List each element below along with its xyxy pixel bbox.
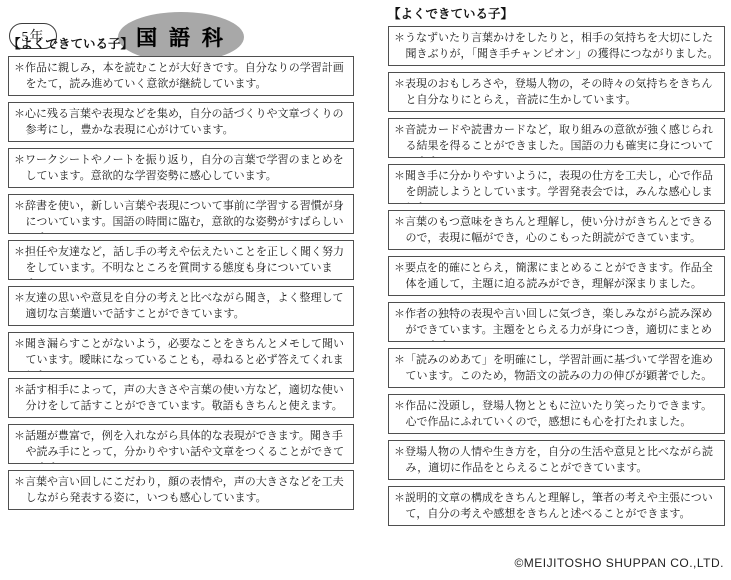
right-column: 【よくできている子】 ＊うなずいたり言葉かけをしたりと，相手の気持ちを大切にした… xyxy=(388,0,725,532)
comment-box: ＊聞き手に分かりやすいように，表現の仕方を工夫し，心で作品を朗読しようとしていま… xyxy=(388,164,725,204)
comment-box: ＊表現のおもしろさや，登場人物の，その時々の気持ちをきちんと自分なりにとらえ，音… xyxy=(388,72,725,112)
comment-box: ＊作品に没頭し，登場人物とともに泣いたり笑ったりできます。心で作品にふれていくの… xyxy=(388,394,725,434)
comment-box: ＊作者の独特の表現や言い回しに気づき，楽しみながら読み深めができています。主題を… xyxy=(388,302,725,342)
right-column-heading: 【よくできている子】 xyxy=(388,4,725,22)
comment-box: ＊「読みのめあて」を明確にし，学習計画に基づいて学習を進めています。このため，物… xyxy=(388,348,725,388)
comment-box: ＊心に残る言葉や表現などを集め，自分の話づくりや文章づくりの参考にし，豊かな表現… xyxy=(8,102,354,142)
comment-box: ＊話す相手によって，声の大きさや言葉の使い方など，適切な使い分けをして話すことが… xyxy=(8,378,354,418)
comment-box: ＊説明的文章の構成をきちんと理解し，筆者の考えや主張について，自分の考えや感想を… xyxy=(388,486,725,526)
copyright-notice: ©MEIJITOSHO SHUPPAN CO.,LTD. xyxy=(514,556,724,570)
comment-box: ＊ワークシートやノートを振り返り，自分の言葉で学習のまとめをしています。意欲的な… xyxy=(8,148,354,188)
comment-box: ＊要点を的確にとらえ，簡潔にまとめることができます。作品全体を通して，主題に迫る… xyxy=(388,256,725,296)
left-column-heading: 【よくできている子】 xyxy=(8,34,133,52)
comment-box: ＊言葉のもつ意味をきちんと理解し，使い分けがきちんとできるので，表現に幅ができ，… xyxy=(388,210,725,250)
document-page: 5年 国 語 科 【よくできている子】 ＊作品に親しみ，本を読むことが大好きです… xyxy=(0,0,731,580)
comment-box: ＊言葉や言い回しにこだわり，顔の表情や，声の大きさなどを工夫しながら発表する姿に… xyxy=(8,470,354,510)
comment-box: ＊作品に親しみ，本を読むことが大好きです。自分なりの学習計画をたて，読み進めてい… xyxy=(8,56,354,96)
left-header-space: 【よくできている子】 xyxy=(8,0,354,56)
comment-box: ＊うなずいたり言葉かけをしたりと，相手の気持ちを大切にした聞きぶりが，「聞き手チ… xyxy=(388,26,725,66)
comment-box: ＊登場人物の人情や生き方を，自分の生活や意見と比べながら読み，適切に作品をとらえ… xyxy=(388,440,725,480)
comment-box: ＊担任や友達など，話し手の考えや伝えたいことを正しく聞く努力をしています。不明な… xyxy=(8,240,354,280)
comment-box: ＊辞書を使い，新しい言葉や表現について事前に学習する習慣が身についています。国語… xyxy=(8,194,354,234)
left-column: 【よくできている子】 ＊作品に親しみ，本を読むことが大好きです。自分なりの学習計… xyxy=(8,0,354,516)
comment-box: ＊聞き漏らすことがないよう，必要なことをきちんとメモして聞いています。曖昧になっ… xyxy=(8,332,354,372)
comment-box: ＊話題が豊富で，例を入れながら具体的な表現ができます。聞き手や読み手にとって，分… xyxy=(8,424,354,464)
comment-box: ＊友達の思いや意見を自分の考えと比べながら聞き，よく整理して適切な言葉遣いで話す… xyxy=(8,286,354,326)
comment-box: ＊音読カードや読書カードなど，取り組みの意欲が強く感じられる結果を得ることができ… xyxy=(388,118,725,158)
